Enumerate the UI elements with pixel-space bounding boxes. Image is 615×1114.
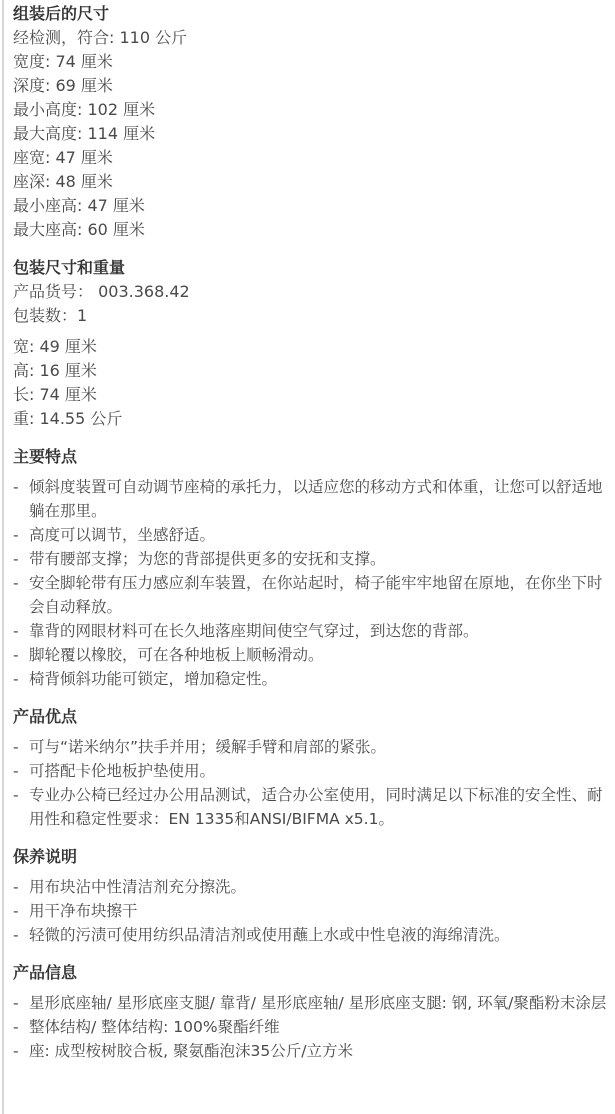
list-item: 整体结构/ 整体结构: 100%聚酯纤维 <box>13 1015 611 1039</box>
list-item: 椅背倾斜功能可锁定，增加稳定性。 <box>13 667 611 691</box>
spec-line: 高: 16 厘米 <box>13 359 611 383</box>
benefits-section: 产品优点 可与“诺米纳尔”扶手并用；缓解手臂和肩部的紧张。 可搭配卡伦地板护垫使… <box>13 705 611 831</box>
list-item: 专业办公椅已经过办公用品测试，适合办公室使用，同时满足以下标准的安全性、耐用性和… <box>13 783 611 831</box>
section-title: 包装尺寸和重量 <box>13 256 611 280</box>
product-info-section: 产品信息 星形底座轴/ 星形底座支腿/ 靠背/ 星形底座轴/ 星形底座支腿: 钢… <box>13 961 611 1063</box>
list-item: 高度可以调节，坐感舒适。 <box>13 523 611 547</box>
section-title: 产品优点 <box>13 705 611 729</box>
list-item: 用干净布块擦干 <box>13 899 611 923</box>
spec-line: 经检测，符合: 110 公斤 <box>13 26 611 50</box>
assembled-dimensions-section: 组装后的尺寸 经检测，符合: 110 公斤 宽度: 74 厘米 深度: 69 厘… <box>13 2 611 242</box>
product-details: 组装后的尺寸 经检测，符合: 110 公斤 宽度: 74 厘米 深度: 69 厘… <box>13 2 611 1077</box>
list-item: 靠背的网眼材料可在长久地落座期间使空气穿过，到达您的背部。 <box>13 619 611 643</box>
list-item: 星形底座轴/ 星形底座支腿/ 靠背/ 星形底座轴/ 星形底座支腿: 钢, 环氧/… <box>13 991 611 1015</box>
list-item: 可与“诺米纳尔”扶手并用；缓解手臂和肩部的紧张。 <box>13 735 611 759</box>
list-item: 轻微的污渍可使用纺织品清洁剂或使用蘸上水或中性皂液的海绵清洗。 <box>13 923 611 947</box>
spec-line: 重: 14.55 公斤 <box>13 407 611 431</box>
spec-line: 最小高度: 102 厘米 <box>13 98 611 122</box>
list-item: 可搭配卡伦地板护垫使用。 <box>13 759 611 783</box>
feature-list: 倾斜度装置可自动调节座椅的承托力，以适应您的移动方式和体重，让您可以舒适地躺在那… <box>13 475 611 691</box>
key-features-section: 主要特点 倾斜度装置可自动调节座椅的承托力，以适应您的移动方式和体重，让您可以舒… <box>13 445 611 691</box>
list-item: 座: 成型桉树胶合板, 聚氨酯泡沫35公斤/立方米 <box>13 1039 611 1063</box>
material-list: 星形底座轴/ 星形底座支腿/ 靠背/ 星形底座轴/ 星形底座支腿: 钢, 环氧/… <box>13 991 611 1063</box>
spec-line: 最大座高: 60 厘米 <box>13 218 611 242</box>
spec-line: 最大高度: 114 厘米 <box>13 122 611 146</box>
spec-line: 宽度: 74 厘米 <box>13 50 611 74</box>
spec-line: 最小座高: 47 厘米 <box>13 194 611 218</box>
spec-line: 座深: 48 厘米 <box>13 170 611 194</box>
section-title: 保养说明 <box>13 845 611 869</box>
spec-line: 宽: 49 厘米 <box>13 335 611 359</box>
section-title: 主要特点 <box>13 445 611 469</box>
list-item: 带有腰部支撑；为您的背部提供更多的安抚和支撑。 <box>13 547 611 571</box>
section-title: 组装后的尺寸 <box>13 2 611 26</box>
list-item: 脚轮覆以橡胶，可在各种地板上顺畅滑动。 <box>13 643 611 667</box>
package-dimensions-section: 包装尺寸和重量 产品货号： 003.368.42 包装数：1 宽: 49 厘米 … <box>13 256 611 431</box>
article-number: 产品货号： 003.368.42 <box>13 280 611 304</box>
spec-line: 座宽: 47 厘米 <box>13 146 611 170</box>
left-border <box>2 0 4 1114</box>
spacer <box>13 328 611 335</box>
list-item: 倾斜度装置可自动调节座椅的承托力，以适应您的移动方式和体重，让您可以舒适地躺在那… <box>13 475 611 523</box>
list-item: 用布块沾中性清洁剂充分擦洗。 <box>13 875 611 899</box>
spec-line: 深度: 69 厘米 <box>13 74 611 98</box>
spec-line: 长: 74 厘米 <box>13 383 611 407</box>
benefit-list: 可与“诺米纳尔”扶手并用；缓解手臂和肩部的紧张。 可搭配卡伦地板护垫使用。 专业… <box>13 735 611 831</box>
section-title: 产品信息 <box>13 961 611 985</box>
list-item: 安全脚轮带有压力感应刹车装置，在你站起时，椅子能牢牢地留在原地，在你坐下时会自动… <box>13 571 611 619</box>
care-list: 用布块沾中性清洁剂充分擦洗。 用干净布块擦干 轻微的污渍可使用纺织品清洁剂或使用… <box>13 875 611 947</box>
package-count: 包装数：1 <box>13 304 611 328</box>
care-section: 保养说明 用布块沾中性清洁剂充分擦洗。 用干净布块擦干 轻微的污渍可使用纺织品清… <box>13 845 611 947</box>
